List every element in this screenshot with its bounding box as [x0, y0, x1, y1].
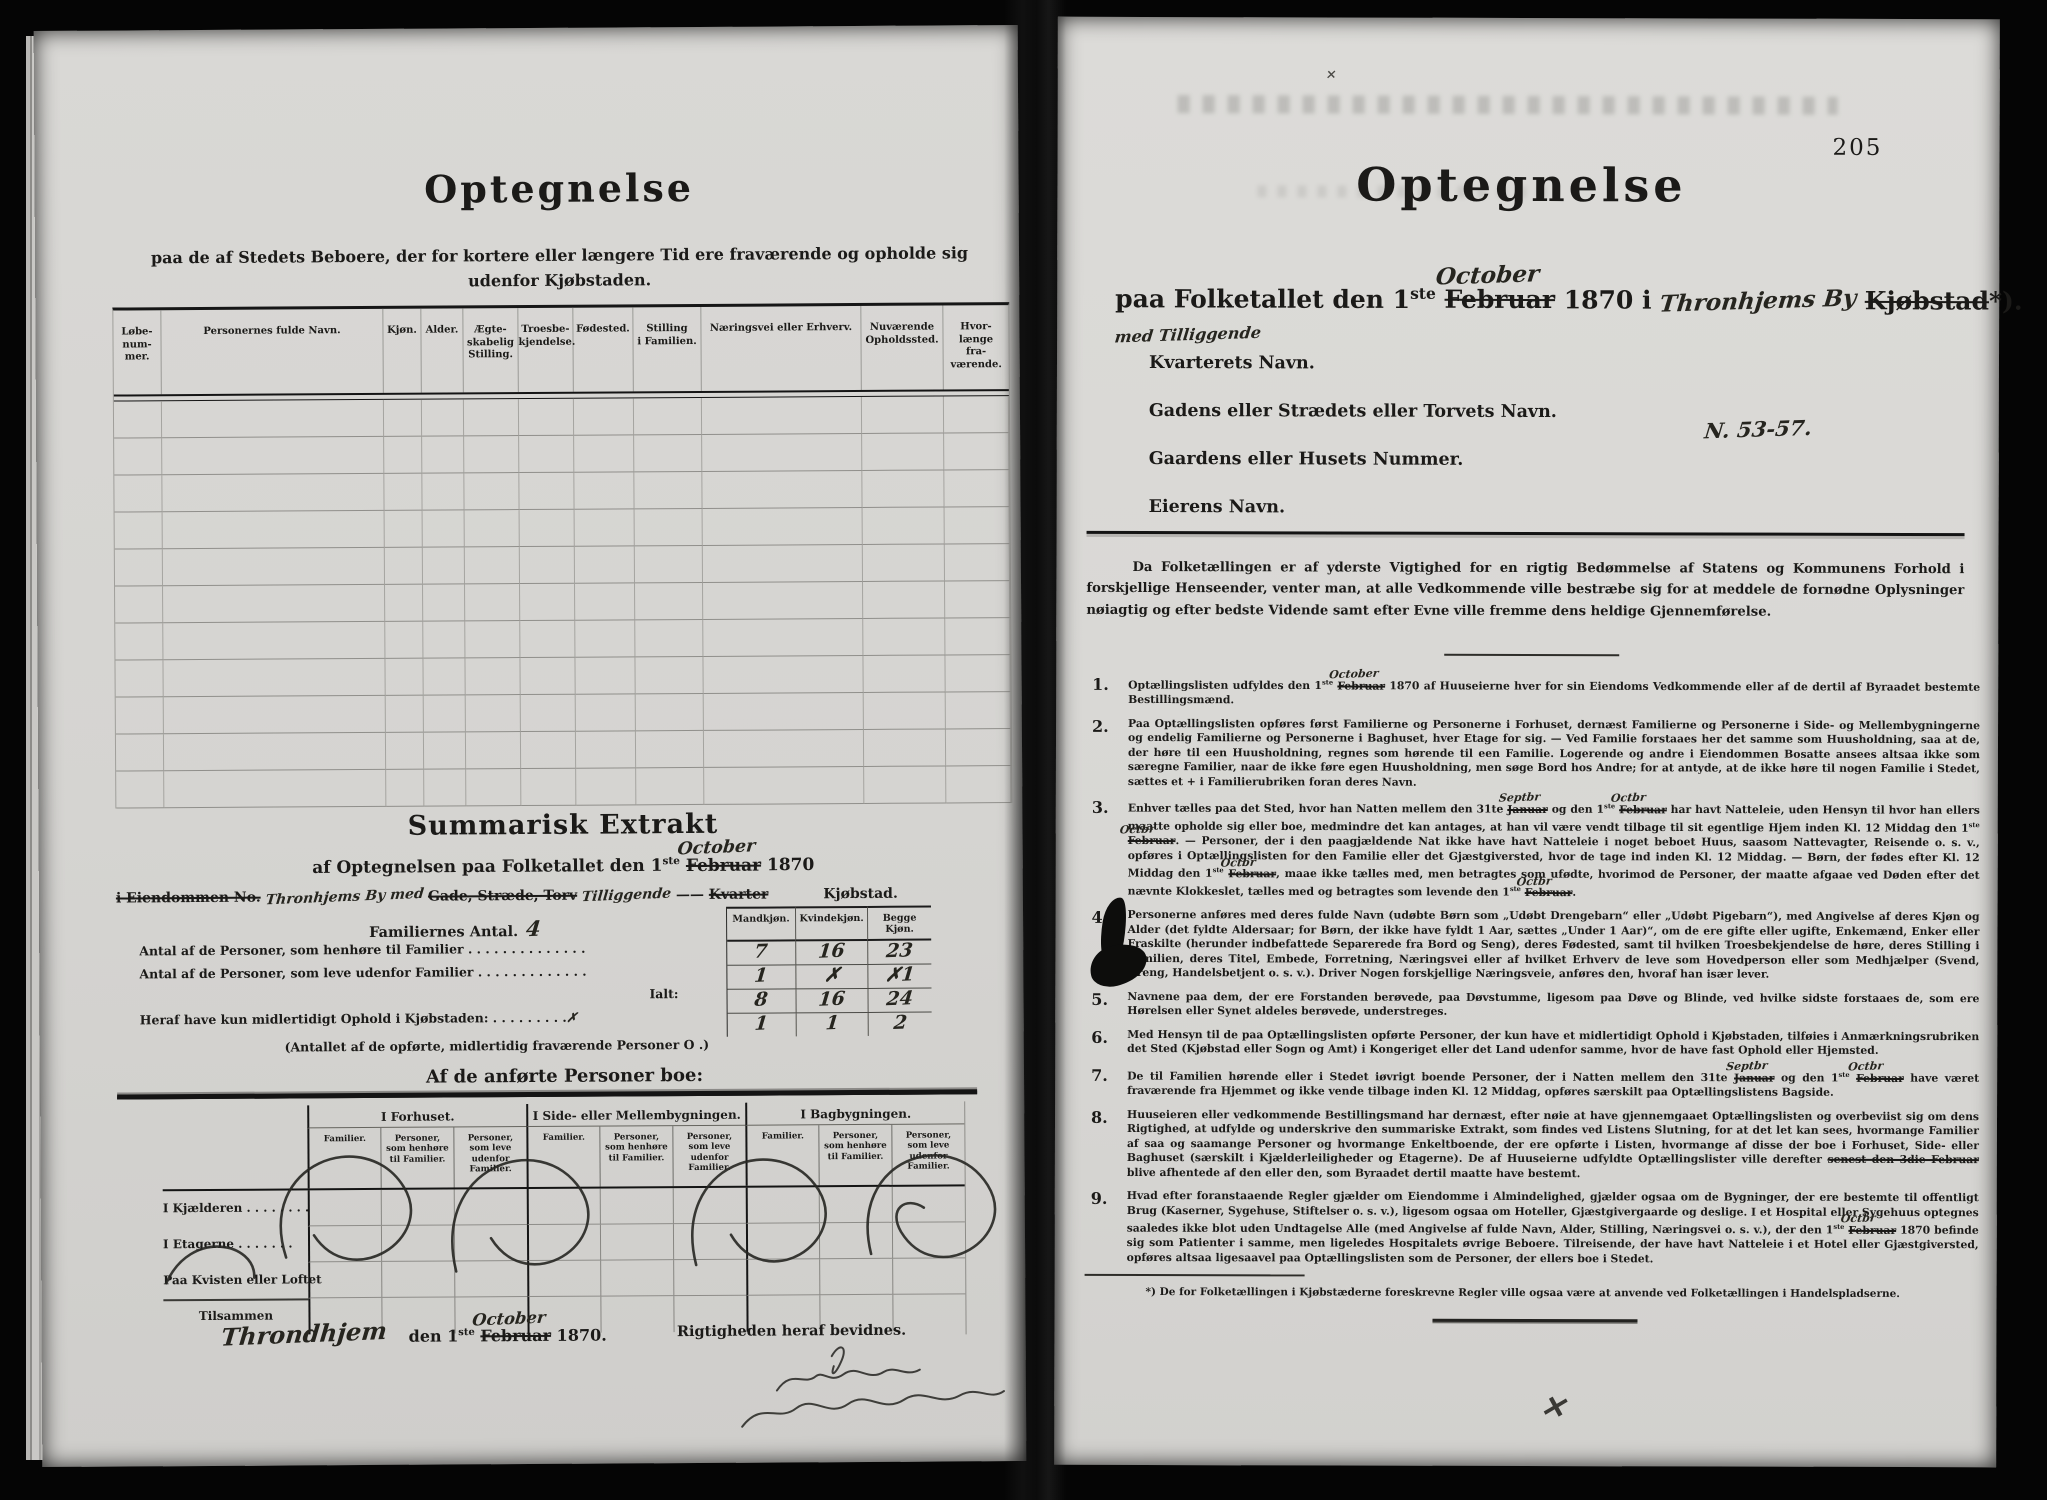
book-gutter: [1004, 0, 1066, 1500]
blank-cell: [424, 732, 466, 769]
summary-value-cell: 1: [796, 1013, 868, 1036]
item-text: Huuseieren eller vedkommende Bestillings…: [1127, 1108, 1979, 1183]
handwritten-flourish-loops: [135, 1103, 1016, 1333]
handwritten-correction: Octbr: [1516, 874, 1553, 890]
blank-cell: [862, 433, 944, 471]
item-number: 1.: [1092, 675, 1128, 708]
printed-text: Navnene paa dem, der ere Forstanden berø…: [1127, 990, 1979, 1018]
blank-cell: [465, 510, 520, 547]
instruction-item: 7.De til Familien hørende eller i Stedet…: [1091, 1066, 1979, 1101]
blank-cell: [862, 470, 944, 508]
signature-scribble: [682, 1337, 1043, 1449]
handwritten-number: 16: [818, 989, 847, 1010]
house-numbers-handwritten: N. 53-57.: [1703, 415, 1813, 443]
summary-value-cell: 8: [727, 989, 795, 1013]
ink-bleedthrough: [1178, 95, 1838, 115]
struck-word: i Eiendommen No.: [116, 890, 261, 907]
blank-cell: [862, 396, 944, 434]
blank-cell: [384, 474, 422, 511]
blank-cell: [945, 655, 1010, 692]
address-field-label: Eierens Navn.: [1149, 483, 1749, 533]
blank-cell: [385, 511, 423, 548]
printed-text: Kjøbstad.: [823, 886, 898, 902]
blank-cell: [635, 509, 703, 546]
struck-word-with-correction: JanuarSeptbr: [1507, 803, 1548, 818]
blank-cell: [702, 397, 862, 435]
blank-cell: [162, 437, 384, 475]
handwritten-number: 2: [893, 1012, 908, 1033]
item-text: Hvad efter foranstaaende Regler gjælder …: [1127, 1189, 1979, 1267]
handwritten-mark: ✗: [566, 1007, 579, 1029]
column-header: Ægte- skabelig Stilling.: [463, 308, 519, 392]
blank-cell: [704, 730, 864, 768]
blank-cell: [864, 692, 946, 730]
blank-cell: [465, 547, 520, 584]
blank-cell: [945, 618, 1010, 655]
blank-cell: [944, 470, 1009, 507]
summary-value-cell: 16: [795, 989, 867, 1013]
blank-cell: [424, 695, 466, 732]
left-subtitle-line1: paa de af Stedets Beboere, der for korte…: [112, 243, 1007, 267]
blank-cell: [163, 659, 385, 697]
blank-cell: [464, 436, 519, 473]
blank-cell: [945, 581, 1010, 618]
blank-cell: [944, 396, 1009, 433]
blank-cell: [116, 734, 164, 771]
handwritten-number: ✗: [823, 965, 841, 986]
item-text: Optællingslisten udfyldes den 1ste Febru…: [1128, 675, 1980, 710]
superscript: ste: [1410, 284, 1436, 303]
column-header: Troesbe- kjendelse.: [518, 308, 574, 392]
handwritten-correction: Octbr: [1220, 855, 1257, 871]
handwritten-correction: Octbr: [1119, 822, 1156, 838]
instruction-item: 2.Paa Optællingslisten opføres først Fam…: [1092, 716, 1980, 791]
summary-row-label: Heraf have kun midlertidigt Ophold i Kjø…: [140, 1006, 685, 1032]
printed-text: 1870 i: [1555, 285, 1660, 314]
blank-cell: [115, 660, 163, 697]
small-x-mark: ⨯: [1325, 67, 1338, 82]
blank-cell: [115, 549, 163, 586]
blank-cell: [945, 544, 1010, 581]
blank-cell: [635, 620, 703, 657]
handwritten-number: 1: [825, 1013, 840, 1034]
footnote-text: *) De for Folketællingen i Kjøbstæderne …: [1146, 1286, 1916, 1300]
section-divider-rule: [1444, 654, 1619, 656]
blank-cell: [466, 732, 521, 769]
blank-cell: [576, 768, 636, 805]
extract-note: (Antallet af de opførte, midlertidig fra…: [117, 1036, 877, 1056]
blank-cell: [575, 583, 635, 620]
blank-cell: [464, 399, 519, 436]
blank-cell: [385, 585, 423, 622]
handwritten-text: Tilliggende: [581, 886, 672, 906]
printed-text: .: [1572, 886, 1576, 899]
blank-cell: [519, 436, 574, 473]
handwritten-number: ✗1: [884, 964, 915, 985]
blank-cell: [574, 398, 634, 435]
item-text: De til Familien hørende eller i Stedet i…: [1127, 1066, 1979, 1101]
item-text: Personerne anføres med deres fulde Navn …: [1127, 908, 1979, 983]
printed-text: og den 1: [1774, 1071, 1838, 1084]
x-mark-handwritten: ✕: [1538, 1388, 1568, 1426]
blank-cell: [520, 621, 575, 658]
struck-word-with-correction: FebruarOctbr: [1228, 867, 1276, 882]
blank-cell: [385, 622, 423, 659]
footnote-separator: [1085, 1274, 1305, 1277]
blank-cell: [422, 399, 464, 436]
blank-cell: [464, 473, 519, 510]
blank-cell: [423, 510, 465, 547]
column-header: Løbe- num- mer.: [113, 310, 162, 394]
blank-cell: [574, 472, 634, 509]
blank-cell: [385, 548, 423, 585]
handwritten-number: 1: [754, 965, 769, 986]
handwritten-number: 24: [886, 988, 915, 1009]
blank-cell: [162, 474, 384, 512]
blank-cell: [115, 623, 163, 660]
summary-value-cell: 16: [795, 941, 867, 965]
blank-cell: [115, 586, 163, 623]
item-text: Enhver tælles paa det Sted, hvor han Nat…: [1128, 798, 1980, 902]
item-number: 7.: [1091, 1066, 1127, 1099]
summary-value-cell: ✗: [795, 965, 867, 989]
blank-cell: [164, 770, 386, 808]
handwritten-number: 7: [754, 941, 769, 962]
struck-word-with-correction: FebruarOctbr: [1525, 886, 1573, 901]
blank-cell: [465, 621, 520, 658]
blank-cell: [702, 471, 862, 509]
printed-text: *).: [1989, 287, 2023, 316]
column-header: Stilling i Familien.: [633, 307, 702, 391]
blank-cell: [703, 582, 863, 620]
blank-cell: [424, 769, 466, 806]
blank-cell: [944, 433, 1009, 470]
item-text: Paa Optællingslisten opføres først Famil…: [1128, 717, 1980, 792]
address-field-label: Kvarterets Navn.: [1149, 339, 1749, 389]
summary-value-cell: 1: [727, 965, 795, 989]
blank-cell: [521, 769, 576, 806]
item-text: Med Hensyn til de paa Optællingslisten o…: [1127, 1028, 1979, 1059]
item-number: 9.: [1091, 1189, 1127, 1265]
blank-cell: [520, 547, 575, 584]
blank-cell: [163, 548, 385, 586]
blank-cell: [946, 692, 1011, 729]
summary-column-header: Mandkjøn.: [727, 906, 795, 941]
address-field-label: Gaardens eller Husets Nummer.: [1149, 435, 1749, 485]
blank-cell: [520, 584, 575, 621]
blank-cell: [702, 434, 862, 472]
blank-cell: [521, 732, 576, 769]
blank-cell: [703, 545, 863, 583]
summary-column-header: Begge Kjøn.: [867, 906, 931, 941]
struck-word: Kjøbstad: [1865, 286, 1989, 315]
summary-column-header: Kvindekjøn.: [795, 906, 867, 941]
blank-cell: [703, 619, 863, 657]
blank-cell: [465, 658, 520, 695]
address-field-labels: Kvarterets Navn.Gadens eller Strædets el…: [1149, 339, 1750, 533]
intro-paragraph: Da Folketællingen er af yderste Vigtighe…: [1086, 557, 1964, 623]
printed-text: Paa Optællingslisten opføres først Famil…: [1128, 717, 1980, 789]
blank-cell: [386, 733, 424, 770]
blank-cell: [519, 399, 574, 436]
handwritten-number: 16: [817, 941, 846, 962]
left-page-title: Optegnelse: [111, 163, 1006, 213]
absence-table: Løbe- num- mer.Personernes fulde Navn.Kj…: [112, 302, 1012, 808]
blank-cell: [520, 510, 575, 547]
instruction-item: 3.Enhver tælles paa det Sted, hvor han N…: [1092, 798, 1980, 902]
blank-cell: [114, 438, 162, 475]
summary-value-cell: 23: [867, 941, 931, 965]
blank-cell: [703, 656, 863, 694]
blank-cell: [423, 621, 465, 658]
page-number: 205: [1833, 135, 1883, 161]
item-number: 2.: [1092, 716, 1128, 789]
address-field-label: Gadens eller Strædets eller Torvets Navn…: [1149, 387, 1749, 437]
census-book-scan: Optegnelse paa de af Stedets Beboere, de…: [0, 0, 2047, 1500]
struck-word-with-correction: FebruarOctober: [686, 855, 761, 875]
blank-cell: [163, 622, 385, 660]
blank-cell: [466, 695, 521, 732]
instruction-item: 5.Navnene paa dem, der ere Forstanden be…: [1091, 990, 1979, 1021]
blank-cell: [115, 512, 163, 549]
blank-cell: [423, 658, 465, 695]
handwritten-correction: Septbr: [1725, 1059, 1768, 1075]
blank-cell: [465, 584, 520, 621]
column-header: Nuværende Opholdssted.: [861, 305, 944, 389]
handwritten-number: 8: [754, 989, 769, 1010]
blank-cell: [116, 697, 164, 734]
blank-cell: [946, 729, 1011, 766]
blank-cell: [384, 400, 422, 437]
blank-cell: [703, 508, 863, 546]
printed-text: De til Familien hørende eller i Stedet i…: [1127, 1070, 1734, 1085]
blank-cell: [863, 618, 945, 656]
item-number: 3.: [1092, 798, 1128, 899]
blank-cell: [521, 695, 576, 732]
handwritten-number: 1: [754, 1013, 769, 1034]
instruction-list: 1.Optællingslisten udfyldes den 1ste Feb…: [1090, 675, 1980, 1323]
printed-text: af Optegnelsen paa Folketallet den 1: [312, 856, 662, 878]
blank-cell: [519, 473, 574, 510]
right-page-title: Optegnelse: [1271, 157, 1771, 212]
summary-count-table: Mandkjøn.Kvindekjøn.Begge Kjøn.716231✗✗1…: [726, 906, 932, 1037]
printed-text: ——: [671, 887, 709, 903]
struck-word-with-correction: JanuarSeptbr: [1734, 1071, 1775, 1086]
blank-cell: [520, 658, 575, 695]
instruction-item: 8.Huuseieren eller vedkommende Bestillin…: [1091, 1107, 1979, 1182]
column-header: Fødested.: [573, 307, 634, 391]
handwritten-text: Thronhjems By med: [264, 886, 424, 908]
blank-cell: [945, 507, 1010, 544]
instruction-item: 9.Hvad efter foranstaaende Regler gjælde…: [1091, 1189, 1979, 1267]
closing-rule: [1432, 1319, 1637, 1323]
struck-word-with-correction: FebruarOctbr: [1619, 803, 1667, 818]
handwritten-correction: October: [1329, 667, 1380, 683]
instruction-item: 6.Med Hensyn til de paa Optællingslisten…: [1091, 1028, 1979, 1059]
blank-cell: [863, 655, 945, 693]
blank-cell: [575, 546, 635, 583]
item-text: Navnene paa dem, der ere Forstanden berø…: [1127, 990, 1979, 1021]
summary-row-label: Ialt:: [139, 983, 684, 1009]
blank-cell: [164, 733, 386, 771]
blank-cell: [946, 766, 1011, 803]
blank-cell: [114, 401, 162, 438]
summary-row-labels: Antal af de Personer, som henhøre til Fa…: [139, 937, 685, 1032]
column-header: Hvor- længe fra- værende.: [943, 305, 1009, 389]
handwritten-correction: Septbr: [1498, 791, 1541, 807]
summary-row-label: Antal af de Personer, som leve udenfor F…: [139, 960, 684, 986]
blank-cell: [164, 696, 386, 734]
blank-cell: [636, 768, 704, 805]
blank-cell: [634, 435, 702, 472]
blank-cell: [163, 511, 385, 549]
blank-cell: [385, 659, 423, 696]
right-page: 205 ⨯ Optegnelse paa Folketallet den 1st…: [1054, 17, 2000, 1467]
blank-cell: [114, 475, 162, 512]
struck-word-with-correction: FebruarOctbr: [1128, 834, 1176, 849]
left-subtitle-line2: udenfor Kjøbstaden.: [112, 268, 1007, 292]
item-number: 5.: [1091, 990, 1127, 1019]
superscript: ste: [1969, 821, 1980, 829]
blank-cell: [423, 584, 465, 621]
blank-cell: [386, 696, 424, 733]
blank-cell: [704, 767, 864, 805]
blank-cell: [863, 507, 945, 545]
blank-cell: [863, 581, 945, 619]
struck-word: Gade, Stræde, Torv: [428, 888, 577, 905]
blank-cell: [423, 547, 465, 584]
blank-cell: [575, 657, 635, 694]
blank-cell: [422, 436, 464, 473]
printed-text: 1870: [761, 855, 814, 875]
blank-cell: [574, 435, 634, 472]
struck-word: senest den 3die Februar: [1828, 1153, 1979, 1166]
blank-cell: [466, 769, 521, 806]
blank-cell: [422, 473, 464, 510]
blank-cell: [634, 398, 702, 435]
column-header: Personernes fulde Navn.: [161, 309, 384, 394]
heavy-rule: [117, 1089, 977, 1099]
summary-value-cell: 24: [867, 989, 931, 1013]
blank-cell: [384, 437, 422, 474]
left-page: Optegnelse paa de af Stedets Beboere, de…: [34, 25, 1027, 1467]
blank-cell: [575, 620, 635, 657]
summary-value-cell: ✗1: [867, 965, 931, 989]
summary-row-label: Antal af de Personer, som henhøre til Fa…: [139, 937, 684, 963]
printed-text: Enhver tælles paa det Sted, hvor han Nat…: [1128, 802, 1508, 816]
printed-text: Med Hensyn til de paa Optællingslisten o…: [1127, 1028, 1979, 1057]
column-header: Kjøn.: [383, 309, 422, 393]
blank-cell: [635, 583, 703, 620]
blank-cell: [635, 657, 703, 694]
extract-location-line: i Eiendommen No. Thronhjems By med Gade,…: [116, 885, 1011, 906]
printed-text: blive afhentede af den eller den, som By…: [1127, 1166, 1581, 1180]
handwritten-correction: Octbr: [1610, 791, 1647, 807]
handwritten-correction: October: [1435, 260, 1541, 290]
blank-cell: [162, 400, 384, 438]
blank-cell: [575, 509, 635, 546]
handwritten-number: 23: [885, 940, 914, 961]
blank-cell: [634, 472, 702, 509]
residence-table-title: Af de anførte Personer boe:: [117, 1063, 1012, 1089]
blank-cell: [386, 770, 424, 807]
struck-word-with-correction: FebruarOctbr: [1848, 1223, 1896, 1238]
handwritten-correction: October: [677, 836, 757, 859]
struck-word-with-correction: FebruarOctbr: [1856, 1071, 1904, 1086]
blank-cell: [635, 546, 703, 583]
column-header: Næringsvei eller Erhverv.: [701, 306, 862, 391]
struck-word-with-correction: FebruarOctober: [1337, 679, 1385, 694]
item-number: 6.: [1091, 1028, 1127, 1057]
printed-text: paa Folketallet den 1: [1115, 284, 1410, 314]
printed-text: og den 1: [1548, 803, 1604, 816]
item-number: 8.: [1091, 1107, 1127, 1180]
blank-cell: [576, 694, 636, 731]
column-header: Alder.: [421, 308, 464, 392]
blank-cell: [863, 544, 945, 582]
blank-cell: [636, 731, 704, 768]
instruction-item: 1.Optællingslisten udfyldes den 1ste Feb…: [1092, 675, 1980, 710]
summary-value-cell: 1: [728, 1013, 796, 1036]
struck-word: Kvarter: [709, 887, 769, 903]
summary-value-cell: 7: [727, 941, 795, 965]
right-subtitle: paa Folketallet den 1ste FebruarOctober …: [1115, 283, 1961, 316]
instruction-item: 4.Personerne anføres med deres fulde Nav…: [1091, 908, 1979, 983]
printed-text: Personerne anføres med deres fulde Navn …: [1127, 908, 1979, 981]
struck-word-with-correction: FebruarOctober: [1445, 285, 1556, 314]
extract-title: Summarisk Extrakt: [115, 807, 1010, 843]
handwritten-correction: Octbr: [1840, 1212, 1877, 1228]
blank-cell: [163, 585, 385, 623]
blank-cell: [864, 766, 946, 804]
handwritten-correction: Octbr: [1847, 1060, 1884, 1076]
extract-subtitle: af Optegnelsen paa Folketallet den 1ste …: [116, 853, 1011, 879]
blank-cell: [576, 731, 636, 768]
blank-cell: [636, 694, 704, 731]
heavy-rule-right: [1087, 531, 1965, 536]
printed-text: Optællingslisten udfyldes den 1: [1128, 679, 1322, 693]
blank-cell: [704, 693, 864, 731]
summary-value-cell: 2: [868, 1013, 932, 1036]
blank-cell: [864, 729, 946, 767]
handwritten-text: Thronhjems By: [1658, 285, 1858, 318]
blank-cell: [116, 771, 164, 808]
